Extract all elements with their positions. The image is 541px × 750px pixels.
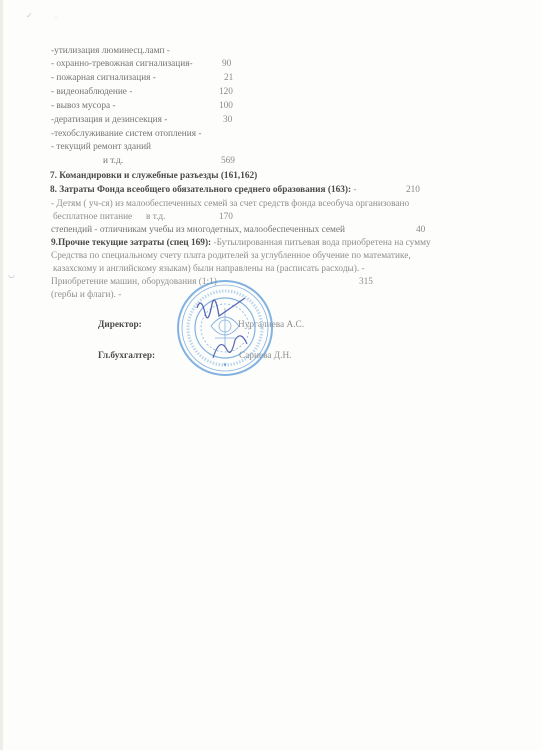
list-item-value: 120 [219, 86, 233, 98]
section-9-line-1: Средства по специальному счету плата род… [51, 250, 411, 262]
list-item: - вывоз мусора - [51, 100, 116, 112]
official-stamp-icon: ★ [175, 278, 275, 378]
section-8-title-text: 8. Затраты Фонда всеобщего обязательного… [50, 185, 351, 195]
section-8-title: 8. Затраты Фонда всеобщего обязательного… [50, 184, 357, 196]
list-item: -утилизация люминесц.ламп - [51, 45, 170, 57]
section-9-line-4: (гербы и флаги). - [51, 289, 121, 301]
scan-mark: ◡ [8, 270, 15, 279]
list-item: -техобслуживание систем отопления - [51, 128, 201, 140]
director-label: Директор: [98, 319, 142, 331]
accountant-label: Гл.бухгалтер: [98, 350, 155, 362]
section-8-line-2-mid: в т.д. [146, 211, 165, 223]
list-item-value: 21 [224, 72, 233, 84]
section-8-title-suffix: - [353, 185, 356, 195]
section-9-line-3-value: 315 [359, 276, 373, 288]
list-item-value: 90 [222, 58, 231, 70]
section-9-title-rest: -Бутылированная питьевая вода приобретен… [213, 238, 430, 248]
section-9-title: 9.Прочие текущие затраты (спец 169): [51, 238, 211, 248]
list-item: - видеонаблюдение - [51, 86, 132, 98]
list-item: и т.д. [103, 155, 123, 167]
scan-mark: . [55, 11, 57, 20]
section-8-line-3-value: 40 [416, 224, 425, 236]
section-7-title: 7. Командировки и служебные разъезды (16… [50, 170, 257, 182]
document-page: ✓ . -утилизация люминесц.ламп - - охранн… [0, 0, 541, 750]
svg-text:★: ★ [223, 362, 228, 368]
list-item-value: 100 [219, 100, 233, 112]
section-9-line-2: казахскому и английскому языкам) были на… [53, 263, 365, 275]
scan-mark: ✓ [26, 11, 33, 20]
list-item: - охранно-тревожная сигнализация- [51, 58, 193, 70]
list-item-value: 30 [223, 114, 232, 126]
list-item-value: 569 [221, 155, 235, 167]
section-8-line-3: степендий - отличникам учебы из многодет… [51, 224, 345, 236]
section-8-line-2-label: бесплатное питание [53, 211, 132, 223]
section-9-title-line: 9.Прочие текущие затраты (спец 169): -Бу… [51, 237, 431, 249]
section-8-line-2-value: 170 [219, 211, 233, 223]
list-item: - пожарная сигнализация - [51, 72, 156, 84]
section-8-line-1: - Детям ( уч-ся) из малообеспеченных сем… [51, 198, 409, 210]
list-item: - текущий ремонт зданий [51, 141, 151, 153]
section-8-value: 210 [406, 184, 420, 196]
list-item: -дератизация и дезинсекция - [51, 114, 167, 126]
